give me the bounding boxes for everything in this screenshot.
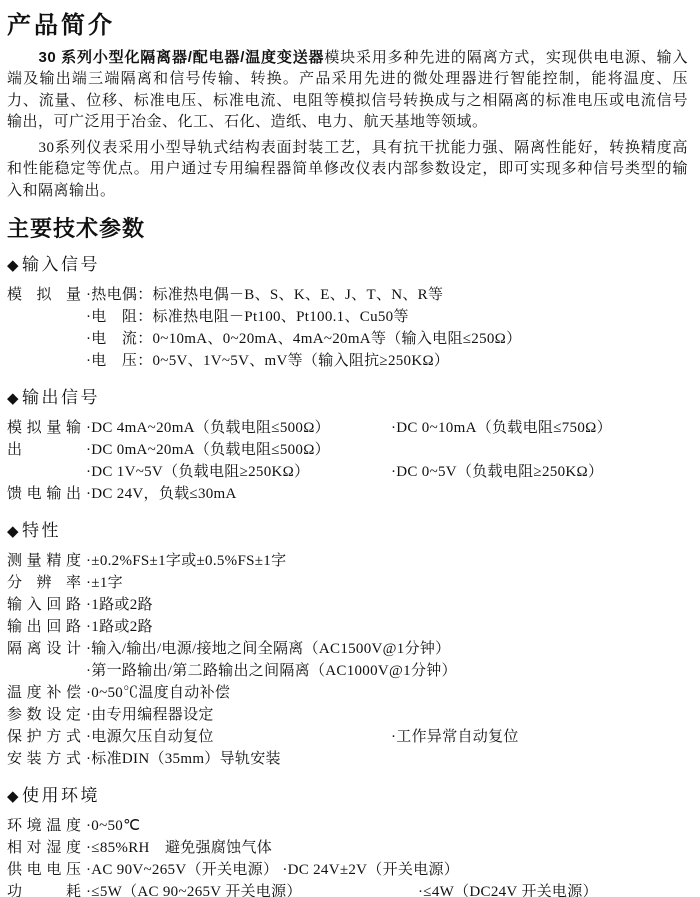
spec-text: ·电源欠压自动复位 bbox=[86, 729, 214, 745]
spec-label: 相对湿度 bbox=[7, 837, 81, 859]
table-row: 模拟量 ·热电偶：标准热电偶－B、S、K、E、J、T、N、R等 ·电 阻：标准热… bbox=[7, 284, 688, 372]
spec-label: 温度补偿 bbox=[7, 682, 81, 704]
spec-label: 功耗 bbox=[7, 881, 81, 897]
spec-line: ·±1字 bbox=[86, 572, 688, 594]
spec-text: ·DC 0mA~20mA（负载电阻≤500Ω） bbox=[86, 442, 330, 458]
section-heading-input-signal: ◆输入信号 bbox=[7, 254, 688, 277]
spec-lines: ·DC 24V，负载≤30mA bbox=[81, 483, 688, 505]
spec-lines: ·±1字 bbox=[81, 572, 688, 594]
spec-text: ·电 压：0~5V、1V~5V、mV等（输入阻抗≥250KΩ） bbox=[86, 353, 449, 369]
spec-text: ·0~50℃ bbox=[86, 818, 140, 834]
spec-line: ·0~50℃温度自动补偿 bbox=[86, 682, 688, 704]
section-characteristics: ◆特性 测量精度 ·±0.2%FS±1字或±0.5%FS±1字 分辨率 ·±1字… bbox=[7, 520, 688, 770]
spec-rows: 模拟量输出 ·DC 4mA~20mA（负载电阻≤500Ω）·DC 0~10mA（… bbox=[7, 417, 688, 505]
spec-lines: ·±0.2%FS±1字或±0.5%FS±1字 bbox=[81, 550, 688, 572]
spec-line: ·DC 4mA~20mA（负载电阻≤500Ω）·DC 0~10mA（负载电阻≤7… bbox=[86, 417, 688, 439]
table-row: 隔离设计 ·输入/输出/电源/接地之间全隔离（AC1500V@1分钟） ·第一路… bbox=[7, 638, 688, 682]
spec-label: 模拟量输出 bbox=[7, 417, 81, 461]
spec-rows: 测量精度 ·±0.2%FS±1字或±0.5%FS±1字 分辨率 ·±1字 输入回… bbox=[7, 550, 688, 770]
section-input-signal: ◆输入信号 模拟量 ·热电偶：标准热电偶－B、S、K、E、J、T、N、R等 ·电… bbox=[7, 254, 688, 372]
spec-text-right: ·DC 0~5V（负载电阻≥250KΩ） bbox=[391, 461, 603, 483]
spec-lines: ·1路或2路 bbox=[81, 616, 688, 638]
table-row: 输入回路 ·1路或2路 bbox=[7, 594, 688, 616]
spec-text: ·输入/输出/电源/接地之间全隔离（AC1500V@1分钟） bbox=[86, 641, 450, 657]
spec-line: ·DC 1V~5V（负载电阻≥250KΩ）·DC 0~5V（负载电阻≥250KΩ… bbox=[86, 461, 688, 483]
spec-text-right: ·DC 0~10mA（负载电阻≤750Ω） bbox=[391, 417, 612, 439]
spec-text: ·第一路输出/第二路输出之间隔离（AC1000V@1分钟） bbox=[86, 663, 457, 679]
spec-text: ·AC 90V~265V（开关电源） ·DC 24V±2V（开关电源） bbox=[86, 862, 459, 878]
intro-paragraph-2-text: 30系列仪表采用小型导轨式结构表面封装工艺，具有抗干扰能力强、隔离性能好，转换精… bbox=[7, 140, 688, 199]
spec-line: ·1路或2路 bbox=[86, 594, 688, 616]
spec-rows: 模拟量 ·热电偶：标准热电偶－B、S、K、E、J、T、N、R等 ·电 阻：标准热… bbox=[7, 284, 688, 372]
spec-text: ·1路或2路 bbox=[86, 619, 153, 635]
spec-text: ·电 流：0~10mA、0~20mA、4mA~20mA等（输入电阻≤250Ω） bbox=[86, 331, 521, 347]
spec-line: ·第一路输出/第二路输出之间隔离（AC1000V@1分钟） bbox=[86, 660, 688, 682]
spec-line: ·电 阻：标准热电阻－Pt100、Pt100.1、Cu50等 bbox=[86, 306, 688, 328]
spec-line: ·电 压：0~5V、1V~5V、mV等（输入阻抗≥250KΩ） bbox=[86, 350, 688, 372]
spec-line: ·DC 24V，负载≤30mA bbox=[86, 483, 688, 505]
table-row: 参数设定 ·由专用编程器设定 bbox=[7, 704, 688, 726]
spec-lines: ·1路或2路 bbox=[81, 594, 688, 616]
section-heading-characteristics: ◆特性 bbox=[7, 520, 688, 543]
spec-label: 保护方式 bbox=[7, 726, 81, 748]
spec-line: ·电源欠压自动复位·工作异常自动复位 bbox=[86, 726, 688, 748]
spec-text: ·热电偶：标准热电偶－B、S、K、E、J、T、N、R等 bbox=[86, 287, 443, 303]
spec-line: ·AC 90V~265V（开关电源） ·DC 24V±2V（开关电源） bbox=[86, 859, 688, 881]
spec-lines: ·输入/输出/电源/接地之间全隔离（AC1500V@1分钟） ·第一路输出/第二… bbox=[81, 638, 688, 682]
spec-line: ·由专用编程器设定 bbox=[86, 704, 688, 726]
spec-text: ·±1字 bbox=[86, 575, 123, 591]
spec-line: ·标准DIN（35mm）导轨安装 bbox=[86, 748, 688, 770]
spec-label: 参数设定 bbox=[7, 704, 81, 726]
spec-text: ·标准DIN（35mm）导轨安装 bbox=[86, 751, 281, 767]
table-row: 环境温度 ·0~50℃ bbox=[7, 815, 688, 837]
section-output-signal: ◆输出信号 模拟量输出 ·DC 4mA~20mA（负载电阻≤500Ω）·DC 0… bbox=[7, 387, 688, 505]
spec-line: ·1路或2路 bbox=[86, 616, 688, 638]
spec-text-right: ·工作异常自动复位 bbox=[391, 726, 519, 748]
spec-label: 输入回路 bbox=[7, 594, 81, 616]
spec-text: ·DC 24V，负载≤30mA bbox=[86, 486, 237, 502]
spec-lines: ·0~50℃ bbox=[81, 815, 688, 837]
table-row: 功耗 ·≤5W（AC 90~265V 开关电源）·≤4W（DC24V 开关电源） bbox=[7, 881, 688, 897]
spec-text: ·DC 4mA~20mA（负载电阻≤500Ω） bbox=[86, 420, 330, 436]
spec-label: 供电电压 bbox=[7, 859, 81, 881]
spec-lines: ·标准DIN（35mm）导轨安装 bbox=[81, 748, 688, 770]
table-row: 安装方式 ·标准DIN（35mm）导轨安装 bbox=[7, 748, 688, 770]
spec-label: 馈电输出 bbox=[7, 483, 81, 505]
spec-lines: ·AC 90V~265V（开关电源） ·DC 24V±2V（开关电源） bbox=[81, 859, 688, 881]
table-row: 测量精度 ·±0.2%FS±1字或±0.5%FS±1字 bbox=[7, 550, 688, 572]
table-row: 输出回路 ·1路或2路 bbox=[7, 616, 688, 638]
intro-bold-product-name: 30 系列小型化隔离器/配电器/温度变送器 bbox=[39, 49, 325, 66]
params-title: 主要技术参数 bbox=[7, 216, 688, 242]
spec-text: ·≤85%RH 避免强腐蚀气体 bbox=[86, 840, 272, 856]
spec-text: ·由专用编程器设定 bbox=[86, 707, 214, 723]
spec-line: ·DC 0mA~20mA（负载电阻≤500Ω） bbox=[86, 439, 688, 461]
spec-line: ·热电偶：标准热电偶－B、S、K、E、J、T、N、R等 bbox=[86, 284, 688, 306]
spec-text: ·0~50℃温度自动补偿 bbox=[86, 685, 230, 701]
spec-label: 测量精度 bbox=[7, 550, 81, 572]
spec-label: 分辨率 bbox=[7, 572, 81, 594]
section-title: 输出信号 bbox=[22, 388, 100, 407]
spec-line: ·≤85%RH 避免强腐蚀气体 bbox=[86, 837, 688, 859]
section-environment: ◆使用环境 环境温度 ·0~50℃ 相对湿度 ·≤85%RH 避免强腐蚀气体 供… bbox=[7, 785, 688, 897]
spec-lines: ·电源欠压自动复位·工作异常自动复位 bbox=[81, 726, 688, 748]
intro-paragraph-1: 30 系列小型化隔离器/配电器/温度变送器模块采用多种先进的隔离方式，实现供电电… bbox=[7, 47, 688, 134]
doc-title: 产品简介 bbox=[7, 12, 688, 41]
spec-text: ·DC 1V~5V（负载电阻≥250KΩ） bbox=[86, 464, 309, 480]
table-row: 模拟量输出 ·DC 4mA~20mA（负载电阻≤500Ω）·DC 0~10mA（… bbox=[7, 417, 688, 483]
table-row: 温度补偿 ·0~50℃温度自动补偿 bbox=[7, 682, 688, 704]
spec-label: 隔离设计 bbox=[7, 638, 81, 660]
spec-label: 模拟量 bbox=[7, 284, 81, 306]
spec-text-right: ·≤4W（DC24V 开关电源） bbox=[418, 881, 598, 897]
spec-text: ·±0.2%FS±1字或±0.5%FS±1字 bbox=[86, 553, 286, 569]
section-title: 特性 bbox=[22, 521, 61, 540]
table-row: 供电电压 ·AC 90V~265V（开关电源） ·DC 24V±2V（开关电源） bbox=[7, 859, 688, 881]
spec-lines: ·≤5W（AC 90~265V 开关电源）·≤4W（DC24V 开关电源） bbox=[81, 881, 688, 897]
spec-line: ·输入/输出/电源/接地之间全隔离（AC1500V@1分钟） bbox=[86, 638, 688, 660]
diamond-icon: ◆ bbox=[7, 391, 21, 407]
intro-paragraph-2: 30系列仪表采用小型导轨式结构表面封装工艺，具有抗干扰能力强、隔离性能好，转换精… bbox=[7, 138, 688, 203]
spec-label: 安装方式 bbox=[7, 748, 81, 770]
spec-label: 环境温度 bbox=[7, 815, 81, 837]
diamond-icon: ◆ bbox=[7, 524, 21, 540]
spec-lines: ·DC 4mA~20mA（负载电阻≤500Ω）·DC 0~10mA（负载电阻≤7… bbox=[81, 417, 688, 483]
spec-label: 输出回路 bbox=[7, 616, 81, 638]
table-row: 保护方式 ·电源欠压自动复位·工作异常自动复位 bbox=[7, 726, 688, 748]
spec-line: ·0~50℃ bbox=[86, 815, 688, 837]
spec-lines: ·0~50℃温度自动补偿 bbox=[81, 682, 688, 704]
spec-lines: ·由专用编程器设定 bbox=[81, 704, 688, 726]
diamond-icon: ◆ bbox=[7, 258, 21, 274]
table-row: 分辨率 ·±1字 bbox=[7, 572, 688, 594]
spec-text: ·电 阻：标准热电阻－Pt100、Pt100.1、Cu50等 bbox=[86, 309, 409, 325]
section-heading-output-signal: ◆输出信号 bbox=[7, 387, 688, 410]
spec-text: ·≤5W（AC 90~265V 开关电源） bbox=[86, 884, 302, 897]
spec-lines: ·≤85%RH 避免强腐蚀气体 bbox=[81, 837, 688, 859]
section-title: 输入信号 bbox=[22, 255, 100, 274]
spec-lines: ·热电偶：标准热电偶－B、S、K、E、J、T、N、R等 ·电 阻：标准热电阻－P… bbox=[81, 284, 688, 372]
spec-rows: 环境温度 ·0~50℃ 相对湿度 ·≤85%RH 避免强腐蚀气体 供电电压 ·A… bbox=[7, 815, 688, 897]
section-title: 使用环境 bbox=[22, 786, 100, 805]
table-row: 相对湿度 ·≤85%RH 避免强腐蚀气体 bbox=[7, 837, 688, 859]
document-page: 产品简介 30 系列小型化隔离器/配电器/温度变送器模块采用多种先进的隔离方式，… bbox=[0, 0, 700, 897]
spec-text: ·1路或2路 bbox=[86, 597, 153, 613]
diamond-icon: ◆ bbox=[7, 789, 21, 805]
table-row: 馈电输出 ·DC 24V，负载≤30mA bbox=[7, 483, 688, 505]
section-heading-environment: ◆使用环境 bbox=[7, 785, 688, 808]
spec-line: ·电 流：0~10mA、0~20mA、4mA~20mA等（输入电阻≤250Ω） bbox=[86, 328, 688, 350]
spec-line: ·≤5W（AC 90~265V 开关电源）·≤4W（DC24V 开关电源） bbox=[86, 881, 688, 897]
spec-line: ·±0.2%FS±1字或±0.5%FS±1字 bbox=[86, 550, 688, 572]
